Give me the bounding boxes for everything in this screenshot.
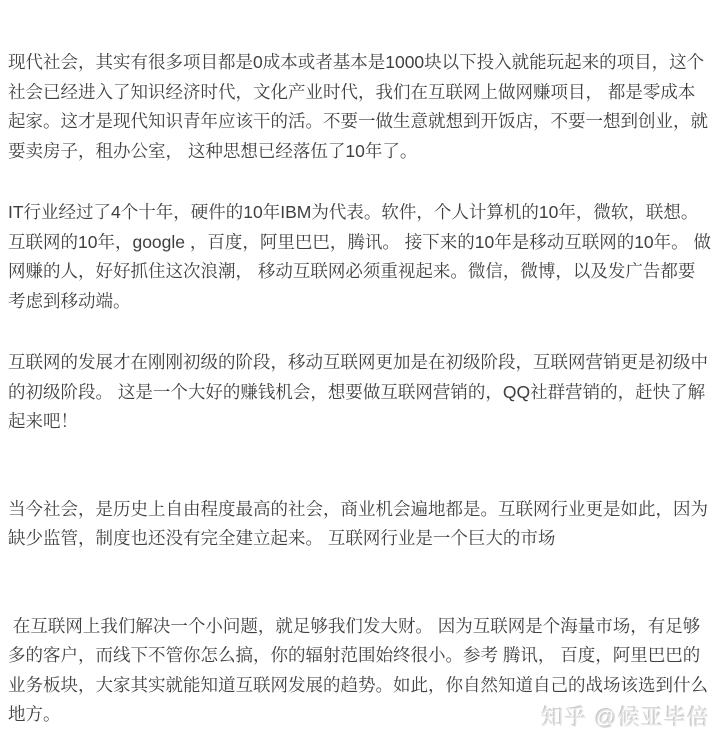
article-body: 现代社会，其实有很多项目都是0成本或者基本是1000块以下投入就能玩起来的项目，…	[0, 0, 720, 730]
paragraph-5: 在互联网上我们解决一个小问题，就足够我们发大财。 因为互联网是个海量市场，有足够…	[8, 612, 712, 730]
paragraph-4: 当今社会，是历史上自由程度最高的社会，商业机会遍地都是。互联网行业更是如此，因为…	[8, 495, 712, 554]
paragraph-2: IT行业经过了4个十年，硬件的10年IBM为代表。软件，个人计算机的10年，微软…	[8, 198, 712, 316]
paragraph-3: 互联网的发展才在刚刚初级的阶段，移动互联网更加是在初级阶段，互联网营销更是初级中…	[8, 348, 712, 437]
paragraph-1: 现代社会，其实有很多项目都是0成本或者基本是1000块以下投入就能玩起来的项目，…	[8, 48, 712, 166]
